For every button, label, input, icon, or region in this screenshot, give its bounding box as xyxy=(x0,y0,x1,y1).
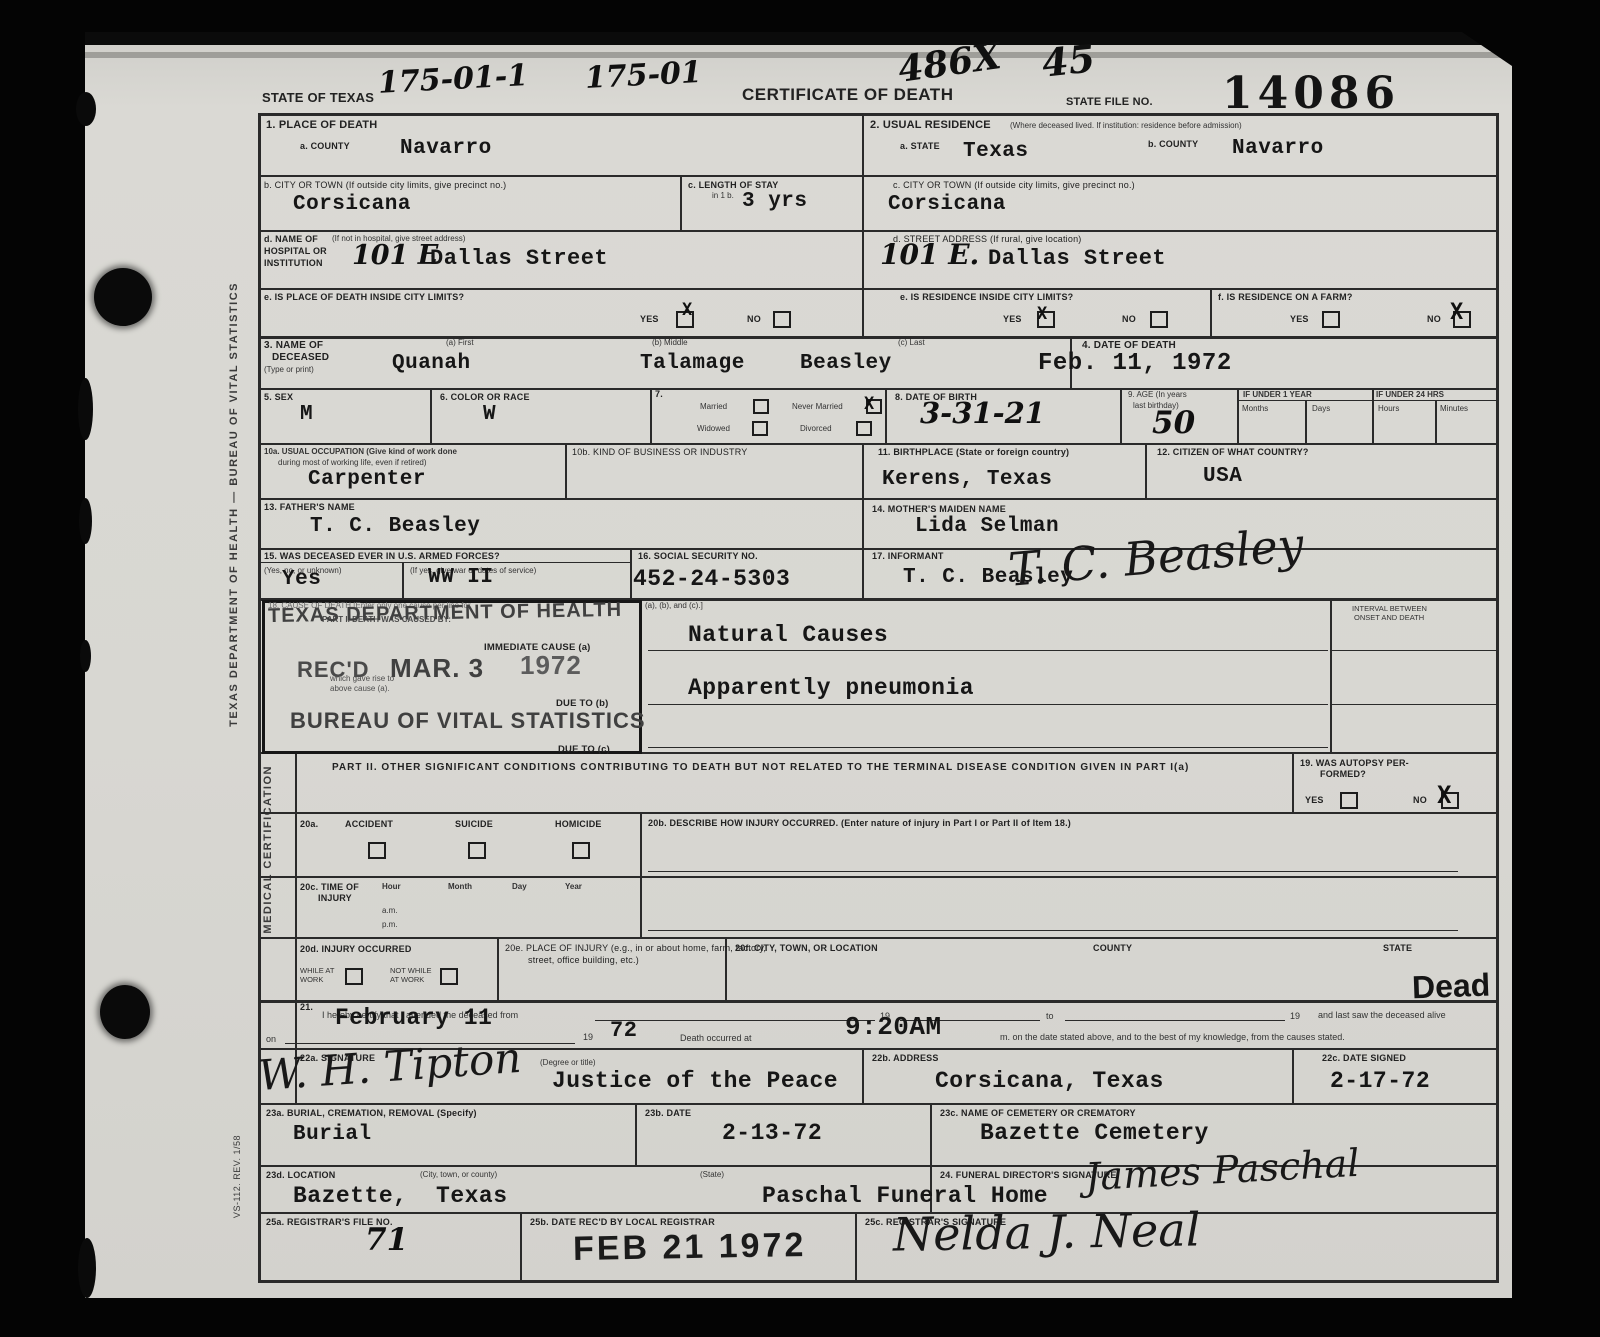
field-8-value: 3-31-21 xyxy=(920,396,1045,430)
not-while-at-work-checkbox xyxy=(440,968,458,985)
field-20d-label: 20d. INJURY OCCURRED xyxy=(300,944,412,954)
grid-line xyxy=(650,388,652,443)
field-7-married-checkbox xyxy=(753,399,769,414)
field-3-last-value: Beasley xyxy=(800,352,892,375)
field-1c-value: 3 yrs xyxy=(742,190,808,213)
grid-line xyxy=(1237,388,1239,443)
suicide-checkbox xyxy=(468,842,486,859)
field-2e-no-checkbox xyxy=(1150,311,1168,328)
field-1d-label2: HOSPITAL OR xyxy=(264,246,327,256)
grid-line xyxy=(640,812,642,937)
grid-line xyxy=(630,548,632,598)
field-20e-label1: 20e. PLACE OF INJURY (e.g., in or about … xyxy=(505,943,766,953)
field-2f-label: f. IS RESIDENCE ON A FARM? xyxy=(1218,292,1353,302)
field-2a-label: a. STATE xyxy=(900,141,940,151)
grid-line xyxy=(1292,1048,1294,1103)
attended-date-value: February 11 xyxy=(335,1005,492,1031)
grid-line xyxy=(497,937,499,1000)
field-14-label: 14. MOTHER'S MAIDEN NAME xyxy=(872,504,1006,514)
fill-line xyxy=(648,930,1458,931)
field-6-label: 6. COLOR OR RACE xyxy=(440,392,530,402)
field-12-value: USA xyxy=(1203,465,1242,488)
field-1d-label: d. NAME OF xyxy=(264,234,318,244)
field-1c-label: c. LENGTH OF STAY xyxy=(688,180,778,190)
cause-line xyxy=(648,650,1328,651)
while-at-work-checkbox xyxy=(345,968,363,985)
field-22c-label: 22c. DATE SIGNED xyxy=(1322,1053,1406,1063)
field-5-label: 5. SEX xyxy=(264,392,293,402)
grid-line xyxy=(258,336,1499,339)
scan-edge-band xyxy=(85,32,1512,45)
not-while-at-work-label1: NOT WHILE xyxy=(390,966,432,975)
paper-edge-mark xyxy=(80,640,91,672)
form-border-top xyxy=(258,113,1499,116)
field-2d-value-handwritten: 101 E. xyxy=(880,238,979,271)
field-10a-label2: during most of working life, even if ret… xyxy=(278,458,427,467)
handwritten-annotation-45: 45 xyxy=(1040,35,1097,85)
field-7-label: 7. xyxy=(655,389,663,399)
death-time-value: 9:20AM xyxy=(845,1012,942,1042)
field-2e-yes-mark: X xyxy=(1037,304,1047,324)
state-of-texas-label: STATE OF TEXAS xyxy=(262,90,374,105)
suicide-label: SUICIDE xyxy=(455,819,493,829)
field-1b-label: b. CITY OR TOWN (If outside city limits,… xyxy=(264,180,506,190)
degree-or-title-value: Justice of the Peace xyxy=(552,1068,838,1094)
grid-line xyxy=(635,1103,637,1165)
grid-line xyxy=(1435,400,1437,443)
field-21-label: 21. xyxy=(300,1002,313,1012)
field-23d-value: Bazette, Texas xyxy=(293,1183,508,1209)
field-9-label1: 9. AGE (In years xyxy=(1128,390,1187,399)
field-2e-yes-label: YES xyxy=(1003,314,1022,324)
field-19-label1: 19. WAS AUTOPSY PER- xyxy=(1300,758,1409,768)
field-11-label: 11. BIRTHPLACE (State or foreign country… xyxy=(878,447,1069,457)
sidebar-medical-certification-text: MEDICAL CERTIFICATION xyxy=(262,765,274,934)
grid-line xyxy=(1372,388,1374,443)
field-1e-yes-label: YES xyxy=(640,314,659,324)
field-13-value: T. C. Beasley xyxy=(310,515,480,538)
received-stamp-recd: REC'D xyxy=(297,657,370,683)
grid-line xyxy=(885,388,887,443)
field-20b-label: 20b. DESCRIBE HOW INJURY OCCURRED. (Ente… xyxy=(648,818,1071,828)
field-17-label: 17. INFORMANT xyxy=(872,551,944,561)
conditions-note-2: above cause (a). xyxy=(330,684,390,693)
am-label: a.m. xyxy=(382,906,398,915)
field-22b-label: 22b. ADDRESS xyxy=(872,1053,939,1063)
cause-b-value: Apparently pneumonia xyxy=(688,675,974,701)
field-7-widowed-checkbox xyxy=(752,421,768,436)
paper-edge-mark xyxy=(78,1238,96,1298)
field-2c-label: c. CITY OR TOWN (If outside city limits,… xyxy=(893,180,1135,190)
grid-line xyxy=(1145,443,1147,498)
certify-to: to xyxy=(1046,1011,1054,1021)
grid-line xyxy=(258,1000,1499,1003)
field-9-value: 50 xyxy=(1152,405,1195,441)
field-4-value: Feb. 11, 1972 xyxy=(1038,350,1232,377)
sidebar-agency-text: TEXAS DEPARTMENT OF HEALTH — BUREAU OF V… xyxy=(228,282,240,727)
grid-line xyxy=(1292,752,1294,812)
field-19-no-label: NO xyxy=(1413,795,1427,805)
certify-text-3: m. on the date stated above, and to the … xyxy=(1000,1032,1345,1042)
received-stamp-bureau: BUREAU OF VITAL STATISTICS xyxy=(290,708,646,734)
field-10a-label1: 10a. USUAL OCCUPATION (Give kind of work… xyxy=(264,447,457,456)
field-1e-no-checkbox xyxy=(773,311,791,328)
death-occurred-at-label: Death occurred at xyxy=(680,1033,752,1043)
grid-line xyxy=(862,548,864,598)
field-2d-value: Dallas Street xyxy=(988,246,1166,271)
field-3-title1: 3. NAME OF xyxy=(264,340,323,351)
field-3-title2: DECEASED xyxy=(272,352,329,363)
interval-line xyxy=(1332,650,1496,651)
grid-line xyxy=(1120,388,1122,443)
field-19-yes-label: YES xyxy=(1305,795,1324,805)
field-18-label2: (a), (b), and (c).] xyxy=(645,601,703,610)
grid-line xyxy=(565,443,567,498)
grid-line xyxy=(520,1212,522,1280)
under-1-year-header: IF UNDER 1 YEAR xyxy=(1243,390,1312,399)
field-23a-label: 23a. BURIAL, CREMATION, REMOVAL (Specify… xyxy=(266,1108,477,1118)
field-23c-label: 23c. NAME OF CEMETERY OR CREMATORY xyxy=(940,1108,1136,1118)
days-label: Days xyxy=(1312,404,1330,413)
field-2f-yes-label: YES xyxy=(1290,314,1309,324)
field-2b-value: Navarro xyxy=(1232,137,1324,160)
field-16-value: 452-24-5303 xyxy=(633,566,790,592)
field-25a-value: 71 xyxy=(365,1222,408,1258)
cause-a-value: Natural Causes xyxy=(688,622,888,648)
field-1d-value-handwritten: 101 E xyxy=(352,240,438,271)
field-16-label: 16. SOCIAL SECURITY NO. xyxy=(638,551,758,561)
grid-line xyxy=(862,443,864,548)
field-1e-label: e. IS PLACE OF DEATH INSIDE CITY LIMITS? xyxy=(264,292,464,302)
field-15-value1: Yes xyxy=(282,568,321,591)
homicide-label: HOMICIDE xyxy=(555,819,602,829)
field-12-label: 12. CITIZEN OF WHAT COUNTRY? xyxy=(1157,447,1309,457)
scan-edge-band xyxy=(85,52,1512,58)
field-7-never-married-label: Never Married xyxy=(792,402,843,411)
field-3-middle-label: (b) Middle xyxy=(652,338,688,347)
field-23a-value: Burial xyxy=(293,1123,372,1146)
county-header: COUNTY xyxy=(1093,943,1132,953)
certify-19-b: 19 xyxy=(1290,1011,1300,1021)
pm-label: p.m. xyxy=(382,920,398,929)
field-3-middle-value: Talamage xyxy=(640,352,745,375)
field-7-divorced-label: Divorced xyxy=(800,424,832,433)
field-7-never-married-mark: X xyxy=(864,394,874,414)
accident-checkbox xyxy=(368,842,386,859)
field-3-first-label: (a) First xyxy=(446,338,474,347)
grid-line xyxy=(258,812,1499,814)
minutes-label: Minutes xyxy=(1440,404,1468,413)
hour-label: Hour xyxy=(382,882,401,891)
cause-line xyxy=(648,704,1328,705)
grid-line xyxy=(258,876,1499,878)
field-23b-value: 2-13-72 xyxy=(722,1120,822,1146)
field-3-title3: (Type or print) xyxy=(264,365,314,374)
field-19-label2: FORMED? xyxy=(1320,769,1366,779)
grid-line xyxy=(258,288,1499,290)
registrar-signature: Nelda J. Neal xyxy=(893,1202,1201,1261)
grid-line xyxy=(1210,288,1212,336)
interval-header-1: INTERVAL BETWEEN xyxy=(1352,604,1427,613)
date-received-stamp: FEB 21 1972 xyxy=(573,1226,807,1269)
field-20a-label: 20a. xyxy=(300,819,318,829)
field-22c-value: 2-17-72 xyxy=(1330,1068,1430,1094)
field-20c-label1: 20c. TIME OF xyxy=(300,882,359,892)
fill-line xyxy=(1065,1020,1285,1021)
grid-line xyxy=(258,562,630,563)
field-23c-value: Bazette Cemetery xyxy=(980,1120,1209,1146)
day-label: Day xyxy=(512,882,527,891)
field-20f-label: 20f. CITY, TOWN, OR LOCATION xyxy=(735,943,878,953)
hole-punch xyxy=(94,268,152,326)
field-2-note: (Where deceased lived. If institution: r… xyxy=(1010,121,1242,130)
grid-line xyxy=(855,1212,857,1280)
due-to-c-label: DUE TO (c) xyxy=(558,744,610,755)
field-23d-sub1: (City, town, or county) xyxy=(420,1170,497,1179)
field-1d-value: Dallas Street xyxy=(430,246,608,271)
homicide-checkbox xyxy=(572,842,590,859)
grid-line xyxy=(1237,400,1497,401)
field-2a-value: Texas xyxy=(963,140,1029,163)
field-2e-no-label: NO xyxy=(1122,314,1136,324)
field-14-value: Lida Selman xyxy=(915,515,1059,538)
field-2b-label: b. COUNTY xyxy=(1148,139,1198,149)
grid-line xyxy=(430,388,432,443)
field-1e-no-label: NO xyxy=(747,314,761,324)
month-label: Month xyxy=(448,882,472,891)
grid-line xyxy=(258,230,1499,232)
field-3-last-label: (c) Last xyxy=(898,338,925,347)
field-1c-note: in 1 b. xyxy=(712,191,734,200)
field-10a-value: Carpenter xyxy=(308,468,426,491)
form-number-text: VS-112. REV. 1/58 xyxy=(232,1135,242,1218)
grid-line xyxy=(402,562,404,598)
hours-label: Hours xyxy=(1378,404,1399,413)
paper-edge-mark xyxy=(79,498,92,544)
interval-line xyxy=(1332,704,1496,705)
cause-line xyxy=(648,747,1328,748)
field-7-widowed-label: Widowed xyxy=(697,424,730,433)
paper-edge-mark xyxy=(78,378,93,440)
field-19-no-mark: X xyxy=(1437,781,1451,809)
field-3-first-value: Quanah xyxy=(392,352,471,375)
field-2c-value: Corsicana xyxy=(888,193,1006,216)
grid-line xyxy=(862,113,864,338)
grid-line xyxy=(258,498,1499,500)
field-2f-yes-checkbox xyxy=(1322,311,1340,328)
field-1b-value: Corsicana xyxy=(293,193,411,216)
interval-header-2: ONSET AND DEATH xyxy=(1354,613,1424,622)
field-2e-label: e. IS RESIDENCE INSIDE CITY LIMITS? xyxy=(900,292,1073,302)
certify-on: on xyxy=(266,1034,276,1044)
received-stamp-year: 1972 xyxy=(520,650,582,681)
field-23b-label: 23b. DATE xyxy=(645,1108,691,1118)
grid-line xyxy=(258,1212,1499,1214)
field-1d-label3: INSTITUTION xyxy=(264,258,323,268)
certify-19-c: 19 xyxy=(583,1032,593,1042)
handwritten-file-code-2: 175-01 xyxy=(584,55,702,96)
certify-text-2: and last saw the deceased alive xyxy=(1318,1010,1446,1020)
field-15-label: 15. WAS DECEASED EVER IN U.S. ARMED FORC… xyxy=(264,551,500,561)
grid-line xyxy=(1330,598,1332,752)
field-20c-label2: INJURY xyxy=(318,893,352,903)
field-11-value: Kerens, Texas xyxy=(882,468,1052,491)
months-label: Months xyxy=(1242,404,1268,413)
while-at-work-label1: WHILE AT xyxy=(300,966,334,975)
handwritten-dead-note: Dead xyxy=(1411,967,1490,1007)
form-border-bottom xyxy=(258,1280,1499,1283)
field-13-label: 13. FATHER'S NAME xyxy=(264,502,355,512)
field-1a-label: a. COUNTY xyxy=(300,141,350,151)
fill-line xyxy=(648,871,1458,872)
field-23d-sub2: (State) xyxy=(700,1170,724,1179)
grid-line xyxy=(680,175,682,230)
field-2-title: 2. USUAL RESIDENCE xyxy=(870,119,991,131)
grid-line xyxy=(258,548,1499,550)
field-15-value2: WW II xyxy=(428,566,494,589)
grid-line xyxy=(258,388,1499,390)
field-1a-value: Navarro xyxy=(400,137,492,160)
part-2-label: PART II. OTHER SIGNIFICANT CONDITIONS CO… xyxy=(332,762,1189,773)
year-label: Year xyxy=(565,882,582,891)
field-19-yes-checkbox xyxy=(1340,792,1358,809)
field-5-value: M xyxy=(300,403,313,426)
grid-line xyxy=(862,1048,864,1103)
grid-line xyxy=(258,443,1499,445)
death-year-value: 72 xyxy=(610,1018,637,1043)
field-1-title: 1. PLACE OF DEATH xyxy=(266,119,377,131)
field-10b-label: 10b. KIND OF BUSINESS OR INDUSTRY xyxy=(572,447,747,457)
grid-line xyxy=(258,175,1499,177)
field-7-divorced-checkbox xyxy=(856,421,872,436)
field-22b-value: Corsicana, Texas xyxy=(935,1068,1164,1094)
not-while-at-work-label2: AT WORK xyxy=(390,975,424,984)
grid-line xyxy=(1305,400,1307,443)
field-23d-label: 23d. LOCATION xyxy=(266,1170,335,1180)
accident-label: ACCIDENT xyxy=(345,819,393,829)
received-stamp-date: MAR. 3 xyxy=(390,653,484,684)
grid-line xyxy=(258,1103,1499,1105)
state-file-number: 14086 xyxy=(1222,68,1400,119)
hole-punch xyxy=(100,985,150,1039)
field-20e-label2: street, office building, etc.) xyxy=(528,955,639,965)
grid-line xyxy=(258,937,1499,939)
paper-edge-mark xyxy=(76,92,96,126)
degree-or-title-label: (Degree or title) xyxy=(540,1058,596,1067)
field-6-value: W xyxy=(483,403,496,426)
field-7-married-label: Married xyxy=(700,402,727,411)
field-25b-label: 25b. DATE REC'D BY LOCAL REGISTRAR xyxy=(530,1217,715,1227)
state-file-no-label: STATE FILE NO. xyxy=(1066,96,1153,108)
while-at-work-label2: WORK xyxy=(300,975,323,984)
field-2f-no-mark: X xyxy=(1450,300,1463,325)
field-1e-yes-mark: X xyxy=(682,300,692,320)
field-2f-no-label: NO xyxy=(1427,314,1441,324)
state-header: STATE xyxy=(1383,943,1412,953)
scanned-death-certificate: TEXAS DEPARTMENT OF HEALTH — BUREAU OF V… xyxy=(0,0,1600,1337)
under-24-hrs-header: IF UNDER 24 HRS xyxy=(1376,390,1444,399)
